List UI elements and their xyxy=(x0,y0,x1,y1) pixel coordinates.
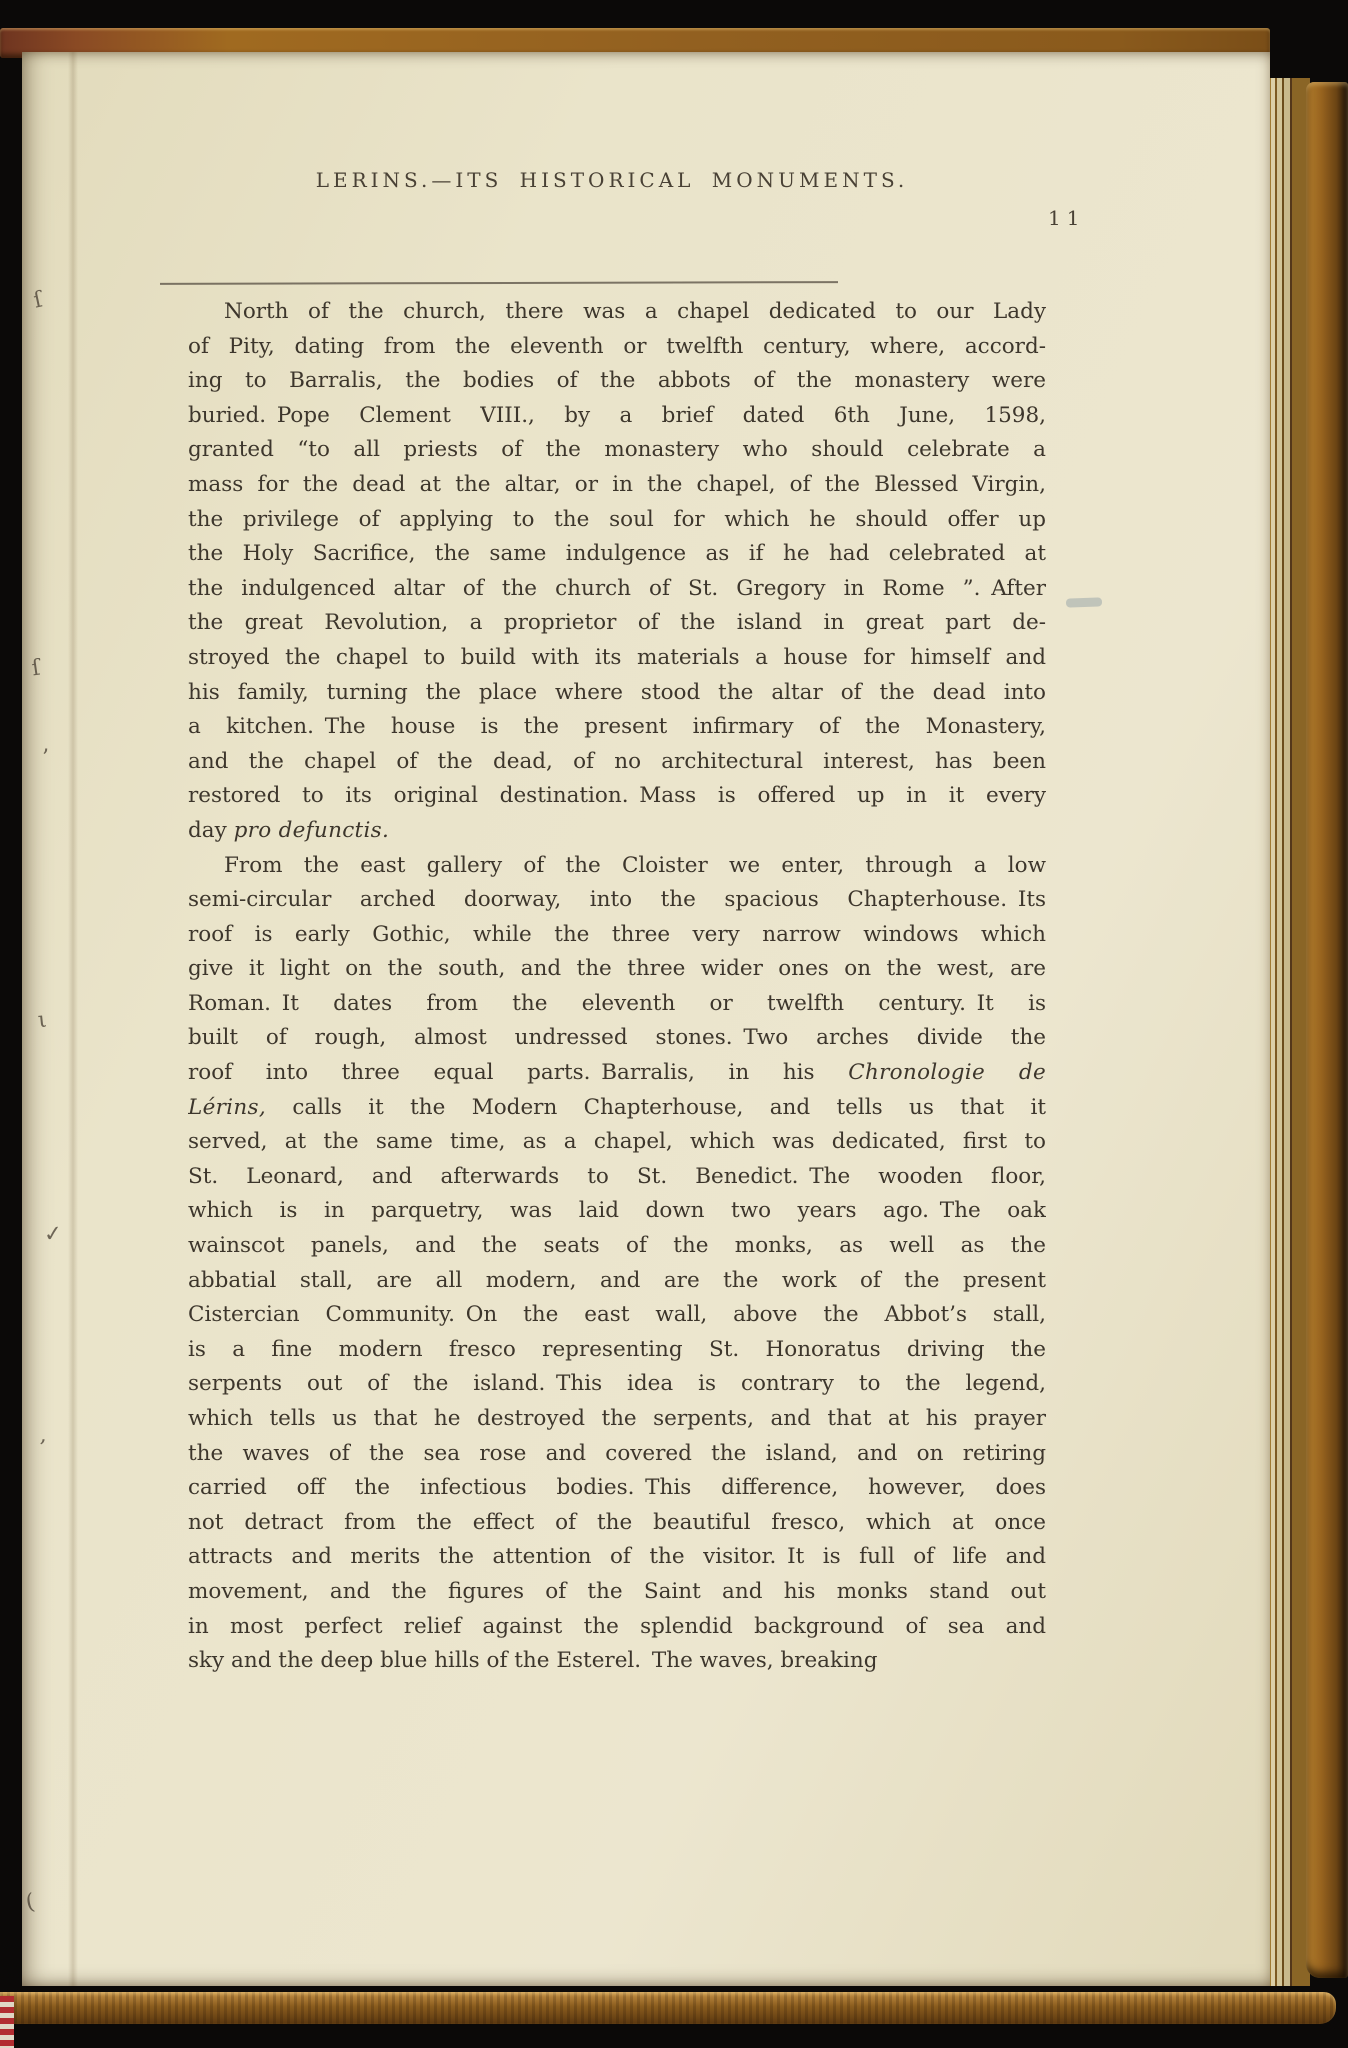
text-line: carried off the infectious bodies. This … xyxy=(188,1471,1046,1506)
text-line: in most perfect relief against the splen… xyxy=(188,1610,1046,1645)
text-line: buried. Pope Clement VIII., by a brief d… xyxy=(188,399,1046,434)
header-rule xyxy=(160,281,838,285)
text-line: restored to its original destination. Ma… xyxy=(188,779,1046,814)
photo-artifact-dash xyxy=(1066,597,1102,607)
text-line: of Pity, dating from the eleventh or twe… xyxy=(188,330,1046,365)
text-line: ing to Barralis, the bodies of the abbot… xyxy=(188,364,1046,399)
text-line: attracts and merits the attention of the… xyxy=(188,1540,1046,1575)
text-line: stroyed the chapel to build with its mat… xyxy=(188,641,1046,676)
text-line: give it light on the south, and the thre… xyxy=(188,952,1046,987)
text-line: his family, turning the place where stoo… xyxy=(188,676,1046,711)
margin-mark: ’ xyxy=(42,748,49,770)
text-line: wainscot panels, and the seats of the mo… xyxy=(188,1229,1046,1264)
text-line: roof into three equal parts. Barralis, i… xyxy=(188,1056,1046,1091)
text-line: mass for the dead at the altar, or in th… xyxy=(188,468,1046,503)
text-line: the indulgenced altar of the church of S… xyxy=(188,572,1046,607)
text-line: not detract from the effect of the beaut… xyxy=(188,1506,1046,1541)
text-line: the privilege of applying to the soul fo… xyxy=(188,503,1046,538)
page-stack-edges xyxy=(1264,78,1310,1986)
margin-mark: ✓ xyxy=(43,1223,63,1247)
text-line: North of the church, there was a chapel … xyxy=(188,295,1046,330)
margin-mark: ι xyxy=(37,1010,48,1033)
text-line: the great Revolution, a proprietor of th… xyxy=(188,606,1046,641)
text-line: the waves of the sea rose and covered th… xyxy=(188,1437,1046,1472)
running-title: LERINS.—ITS HISTORICAL MONUMENTS. xyxy=(162,168,1062,192)
text-line: sky and the deep blue hills of the Ester… xyxy=(188,1644,1046,1679)
margin-mark: ’ xyxy=(37,1438,47,1461)
margin-mark: ſ xyxy=(31,658,42,681)
text-line: and the chapel of the dead, of no archit… xyxy=(188,745,1046,780)
page-number: 11 xyxy=(1048,206,1085,230)
page-gutter-crease xyxy=(68,52,78,1986)
text-line: abbatial stall, are all modern, and are … xyxy=(188,1264,1046,1299)
margin-mark: ſ xyxy=(32,289,45,312)
text-line: granted “to all priests of the monastery… xyxy=(188,433,1046,468)
page-text: North of the church, there was a chapel … xyxy=(188,295,1046,1679)
text-line: serpents out of the island. This idea is… xyxy=(188,1367,1046,1402)
book-cover-bottom-edge xyxy=(0,1992,1336,2024)
text-line: From the east gallery of the Cloister we… xyxy=(188,849,1046,884)
book-photo: LERINS.—ITS HISTORICAL MONUMENTS. 11 Nor… xyxy=(0,0,1348,2048)
text-line: served, at the same time, as a chapel, w… xyxy=(188,1125,1046,1160)
text-line: is a fine modern fresco representing St.… xyxy=(188,1333,1046,1368)
text-line: day pro defunctis. xyxy=(188,814,1046,849)
text-line: St. Leonard, and afterwards to St. Bened… xyxy=(188,1160,1046,1195)
text-line: a kitchen. The house is the present infi… xyxy=(188,710,1046,745)
book-cover-right-edge xyxy=(1306,82,1348,1978)
text-line: roof is early Gothic, while the three ve… xyxy=(188,918,1046,953)
text-line: the Holy Sacrifice, the same indulgence … xyxy=(188,537,1046,572)
book-page: LERINS.—ITS HISTORICAL MONUMENTS. 11 Nor… xyxy=(22,52,1270,1986)
text-line: Roman. It dates from the eleventh or twe… xyxy=(188,987,1046,1022)
book-headband xyxy=(0,1996,14,2048)
text-line: Lérins, calls it the Modern Chapterhouse… xyxy=(188,1091,1046,1126)
text-line: which tells us that he destroyed the ser… xyxy=(188,1402,1046,1437)
text-line: which is in parquetry, was laid down two… xyxy=(188,1194,1046,1229)
text-line: Cistercian Community. On the east wall, … xyxy=(188,1298,1046,1333)
margin-mark: ( xyxy=(24,1891,36,1914)
text-line: movement, and the figures of the Saint a… xyxy=(188,1575,1046,1610)
text-line: built of rough, almost undressed stones.… xyxy=(188,1021,1046,1056)
text-line: semi-circular arched doorway, into the s… xyxy=(188,883,1046,918)
